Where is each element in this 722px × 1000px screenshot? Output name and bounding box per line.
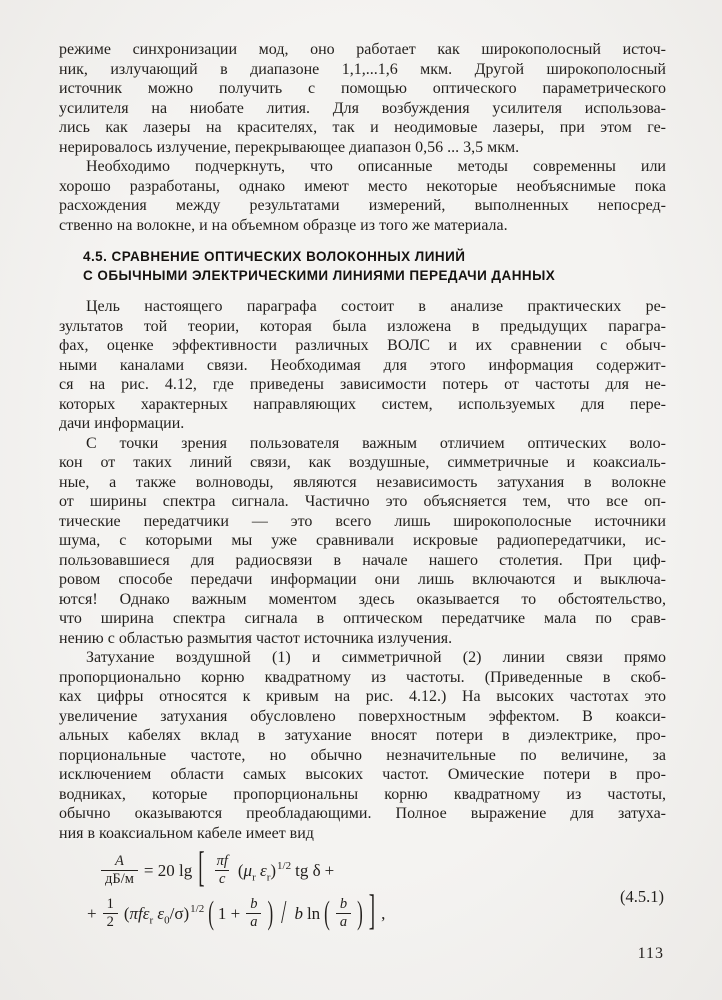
text-line: обычно оказываются преобладающими. Полно… [59,804,666,824]
paragraph-4: С точки зрения пользователя важным отлич… [59,434,666,649]
paragraph-2: Необходимо подчеркнуть, что описанные ме… [59,157,666,235]
b-over-a-fraction-2: b a [336,896,351,931]
equation-number: (4.5.1) [620,887,664,907]
text-line: шума, с которыми мы уже сравнивали искро… [59,531,666,551]
text-line: ные, а также волноводы, являются независ… [59,473,666,493]
text-line: которых характерных направляющих систем,… [59,395,666,415]
text-line: Цель настоящего параграфа состоит в анал… [59,297,666,317]
text-line: водниках, которые пропорциональны корню … [59,785,666,805]
natural-log: ln [307,904,320,924]
paragraph-5: Затухание воздушной (1) и симметричной (… [59,648,666,843]
close-square-bracket: ] [369,888,375,938]
plus-operator: + [325,861,335,881]
lhs-numerator: A [111,853,128,870]
a-denominator-2: a [336,913,351,931]
a-denominator: a [246,913,261,931]
lhs-fraction: A дБ/м [101,853,138,888]
text-line: расхождения между результатами измерений… [59,196,666,216]
book-page: режиме синхронизации мод, оно работает к… [0,0,722,1000]
text-line: фах, оценке эффективности различных ВОЛС… [59,336,666,356]
formula-line-1: A дБ/м = 20 lg [ πf c (μr εr)1/2 tg δ + [97,853,666,888]
text-line: ках цифры относятся к кривым на рис. 4.1… [59,687,666,707]
big-open-paren-2: ( [324,894,330,933]
text-line: что ширина спектра сигнала в оптическом … [59,609,666,629]
permeability-permittivity-group: (μr εr)1/2 [238,861,291,881]
big-close-paren: ) [267,894,273,933]
epsilon-r-subscript: r [149,914,153,926]
text-line: ственно на волокне, и на объемном образц… [59,216,666,236]
text-line: пользовавшиеся для радиосвязи в начале н… [59,551,666,571]
text-line: нерировалось излучение, перекрывающее ди… [59,138,666,158]
text-line: увеличение затухания обусловлено поверхн… [59,707,666,727]
half-denominator: 2 [103,913,118,931]
pif-numerator: πf [213,853,232,870]
text-line: исключением области самых высоких частот… [59,765,666,785]
b-variable: b [294,904,303,924]
text-line: пропорционально корню квадратному из час… [59,668,666,688]
pif-over-c-fraction: πf c [213,853,232,888]
equals-coefficient: = 20 lg [144,861,192,881]
text-line: ются! Однако важным моментом здесь оказы… [59,590,666,610]
leading-plus-operator: + [87,904,97,924]
trailing-comma: , [381,904,385,924]
mu-symbol: μ [244,861,253,880]
text-line: тические передатчики — это всего лишь ши… [59,512,666,532]
text-line: режиме синхронизации мод, оно работает к… [59,40,666,60]
text-line: ными каналами связи. Необходимая для это… [59,356,666,376]
one-plus-term: 1 + [218,904,240,924]
c-denominator: c [215,870,229,888]
formula-line-2: + 1 2 (πfεr ε0/σ)1/2 ( 1 + b a ) / b ln … [85,896,666,931]
text-line: нению с областью размытия частот источни… [59,629,666,649]
text-line: лись как лазеры на красителях, так и нео… [59,118,666,138]
section-heading-line-1: 4.5. СРАВНЕНИЕ ОПТИЧЕСКИХ ВОЛОКОННЫХ ЛИН… [83,247,666,266]
text-line: от ширины спектра сигнала. Частично это … [59,492,666,512]
half-numerator: 1 [103,896,118,913]
text-line: ния в коаксиальном кабеле имеет вид [59,824,666,844]
b-numerator: b [246,896,261,913]
text-line: альных кабелях вклад в затухание вносят … [59,726,666,746]
close-paren: ) [270,861,276,880]
lhs-denominator: дБ/м [101,870,138,888]
open-square-bracket: [ [198,844,204,894]
equation-4-5-1: A дБ/м = 20 lg [ πf c (μr εr)1/2 tg δ + … [59,853,666,931]
text-line: ник, излучающий в диапазоне 1,1,...1,6 м… [59,60,666,80]
b-over-a-fraction: b a [246,896,261,931]
division-slash: / [281,894,286,933]
one-half-fraction: 1 2 [103,896,118,931]
tangent-delta-term: tg δ [295,861,320,881]
text-line: хорошо разработаны, однако имеют место н… [59,177,666,197]
conductivity-group: (πfεr ε0/σ)1/2 [124,904,204,924]
text-line: кон от таких линий связи, как воздушные,… [59,453,666,473]
page-number: 113 [59,945,666,963]
text-line: усилителя на ниобате лития. Для возбужде… [59,99,666,119]
text-line: С точки зрения пользователя важным отлич… [59,434,666,454]
text-line: зультатов той теории, которая была излож… [59,317,666,337]
mu-subscript: r [252,871,256,883]
text-line: Необходимо подчеркнуть, что описанные ме… [59,157,666,177]
section-heading-line-2: С ОБЫЧНЫМИ ЭЛЕКТРИЧЕСКИМИ ЛИНИЯМИ ПЕРЕДА… [83,266,666,285]
text-line: источник можно получить с помощью оптиче… [59,79,666,99]
big-close-paren-2: ) [357,894,363,933]
text-line: Затухание воздушной (1) и симметричной (… [59,648,666,668]
b-numerator-2: b [336,896,351,913]
text-line: ся на рис. 4.12, где приведены зависимос… [59,375,666,395]
paragraph-continuation: режиме синхронизации мод, оно работает к… [59,40,666,157]
section-heading: 4.5. СРАВНЕНИЕ ОПТИЧЕСКИХ ВОЛОКОННЫХ ЛИН… [83,247,666,285]
over-sigma-close: /σ) [170,904,190,923]
text-line: дачи информации. [59,414,666,434]
pif-term: πf [130,904,143,923]
paragraph-3: Цель настоящего параграфа состоит в анал… [59,297,666,434]
half-power-exponent: 1/2 [190,903,204,915]
text-line: порциональные частоте, но обычно незначи… [59,746,666,766]
big-open-paren: ( [208,894,214,933]
epsilon-symbol: ε [260,861,267,880]
text-line: ровом способе передачи информации они ли… [59,570,666,590]
half-power-exponent: 1/2 [277,860,291,872]
text-column: режиме синхронизации мод, оно работает к… [59,40,666,963]
